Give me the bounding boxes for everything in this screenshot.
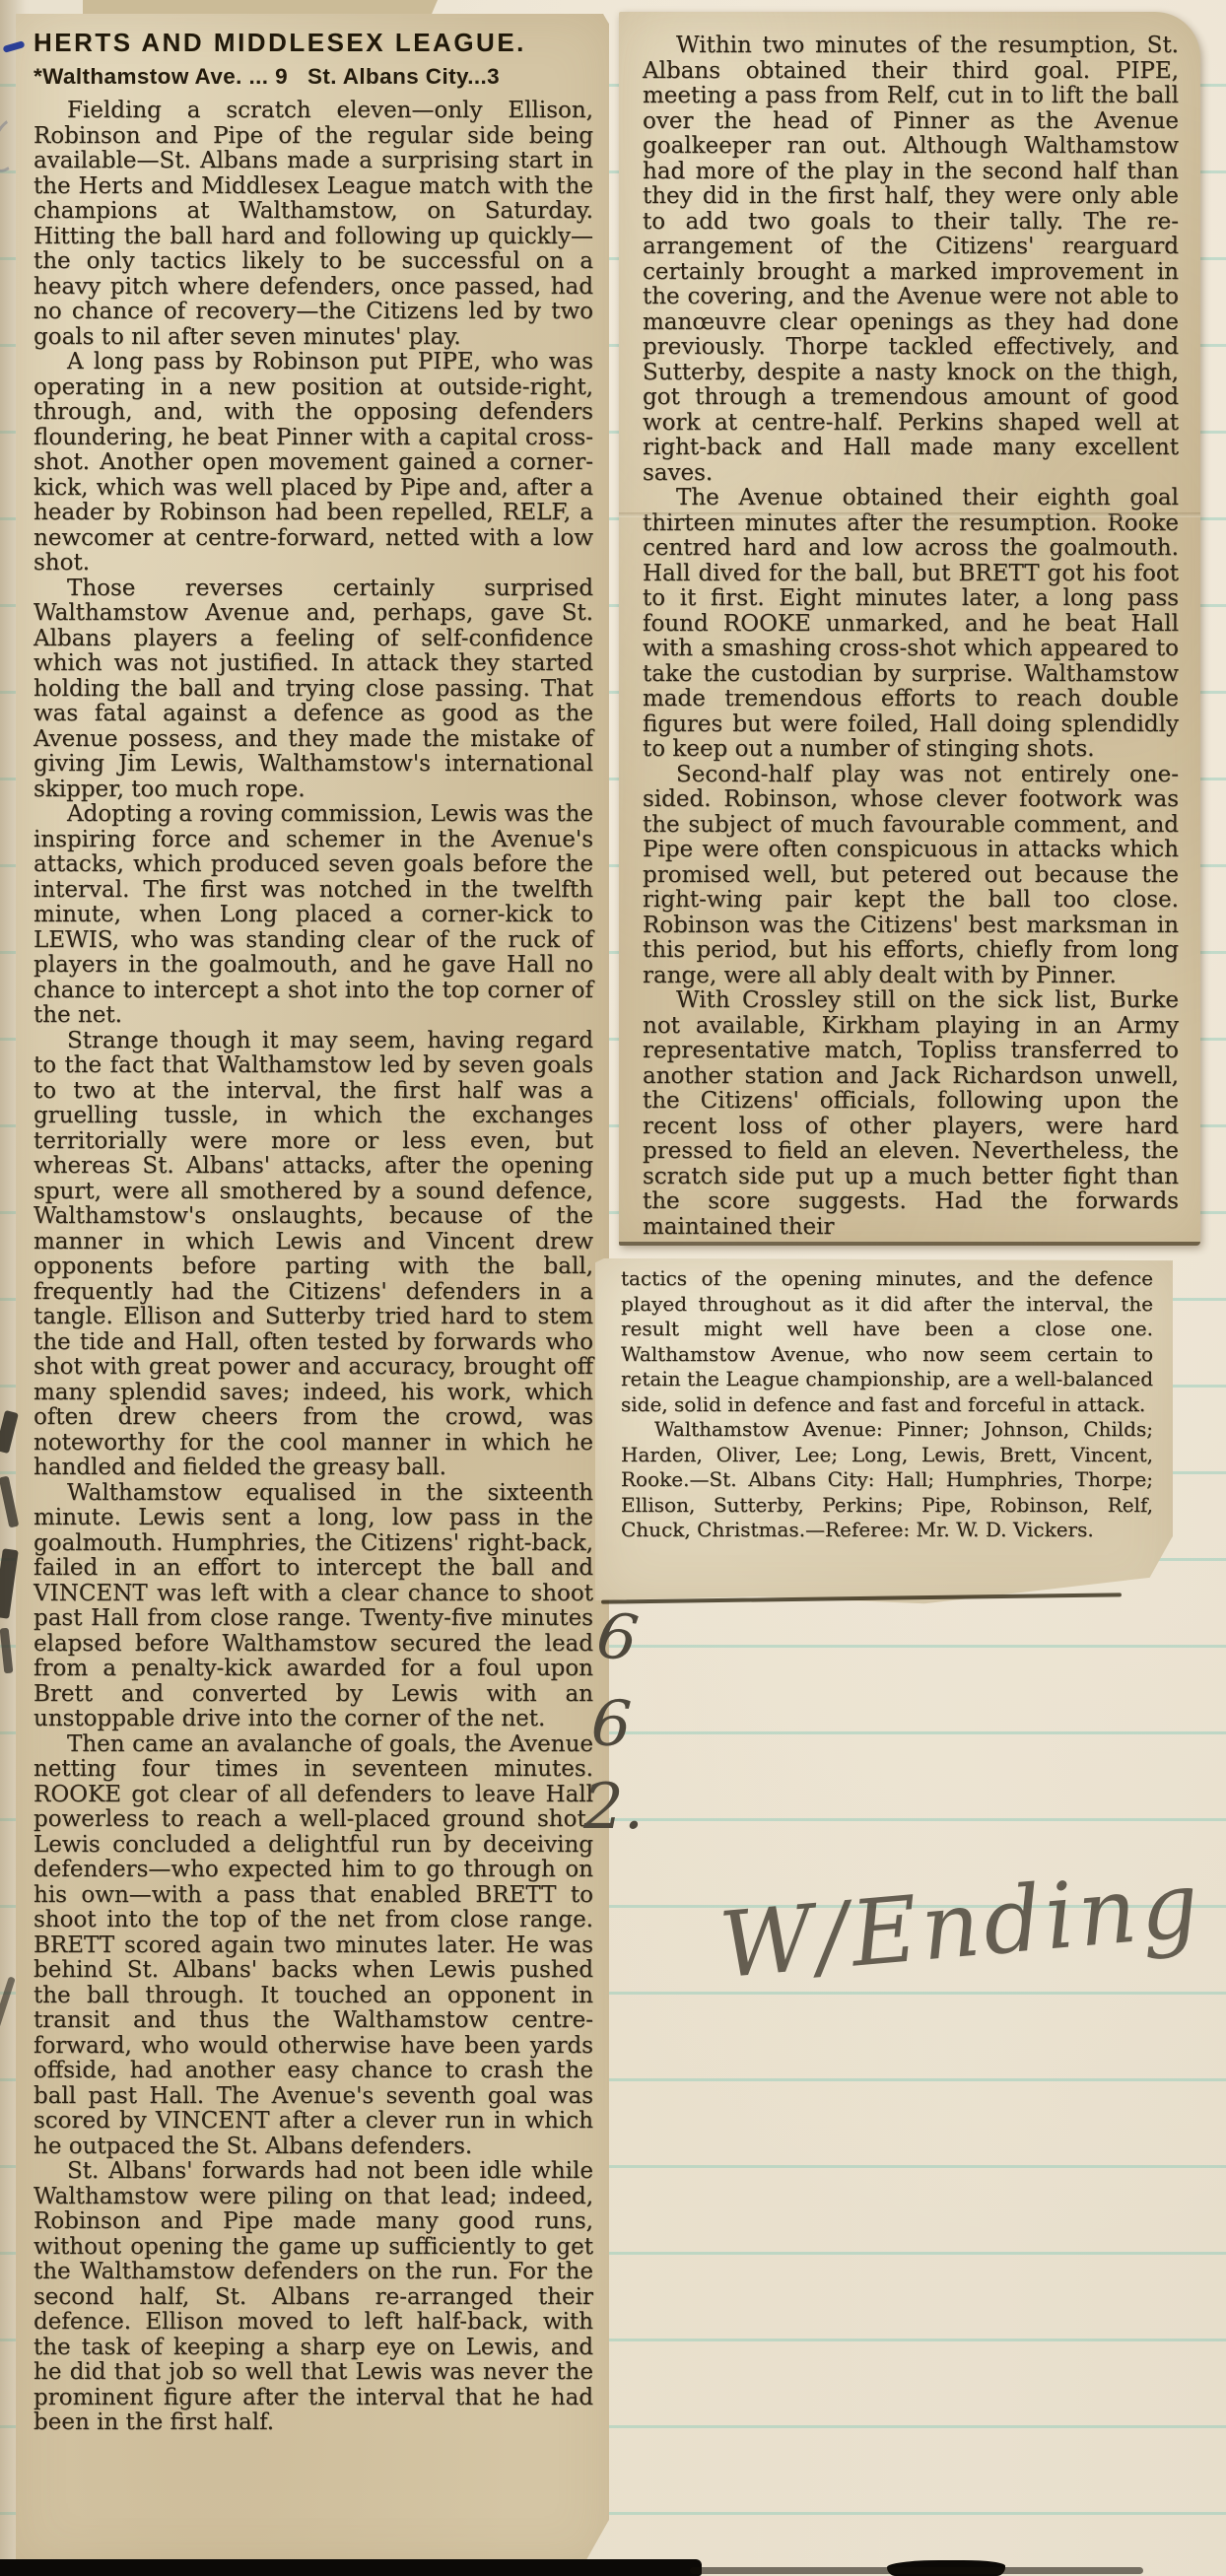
article-paragraph: Second-half play was not entirely one-si… bbox=[643, 763, 1179, 989]
article-paragraph: Those reverses certainly surprised Walth… bbox=[34, 576, 593, 803]
article-paragraph: St. Albans' forwards had not been idle w… bbox=[34, 2159, 593, 2436]
handwritten-number: 2. bbox=[583, 1776, 644, 1839]
article-paragraph: Fielding a scratch eleven—only Ellison, … bbox=[34, 99, 593, 350]
article-paragraph: Within two minutes of the resumption, St… bbox=[643, 34, 1179, 486]
clipping-left: HERTS AND MIDDLESEX LEAGUE. *Walthamstow… bbox=[16, 14, 609, 2568]
photo-edge-shadow bbox=[690, 2567, 1143, 2574]
paper-crease bbox=[619, 512, 1200, 517]
article-paragraph: tactics of the opening minutes, and the … bbox=[621, 1266, 1153, 1417]
article-headline: HERTS AND MIDDLESEX LEAGUE. bbox=[34, 28, 593, 58]
clipping-right-lower: tactics of the opening minutes, and the … bbox=[595, 1258, 1173, 1605]
article-paragraph: Walthamstow equalised in the sixteenth m… bbox=[34, 1481, 593, 1732]
article-paragraph: Then came an avalanche of goals, the Ave… bbox=[34, 1732, 593, 2160]
team-list-paragraph: Walthamstow Avenue: Pinner; Johnson, Chi… bbox=[621, 1417, 1153, 1543]
clipping-right-upper: Within two minutes of the resumption, St… bbox=[619, 12, 1200, 1246]
article-paragraph: Adopting a roving commission, Lewis was … bbox=[34, 802, 593, 1029]
article-paragraph: Strange though it may seem, having regar… bbox=[34, 1029, 593, 1481]
photo-edge-shadow bbox=[0, 2559, 702, 2576]
article-paragraph: The Avenue obtained their eighth goal th… bbox=[643, 486, 1179, 763]
article-paragraph: A long pass by Robinson put PIPE, who wa… bbox=[34, 350, 593, 576]
score-line: *Walthamstow Ave. ... 9 St. Albans City.… bbox=[34, 64, 593, 90]
handwritten-number: 6 bbox=[589, 1692, 633, 1757]
article-paragraph: With Crossley still on the sick list, Bu… bbox=[643, 988, 1179, 1240]
